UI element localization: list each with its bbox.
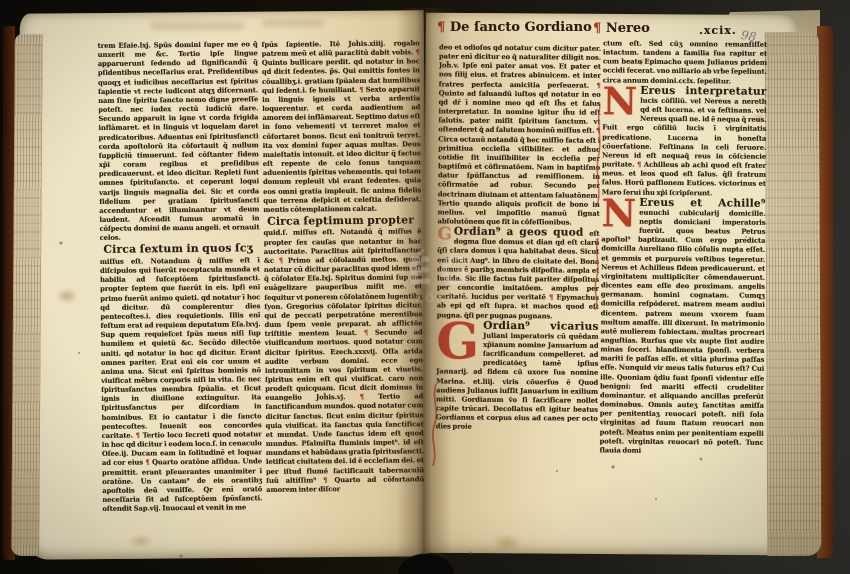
running-title-left: ¶ De ſancto Gordiano [437, 20, 592, 35]
lombardic-initial: N [602, 86, 637, 116]
right-page-column-1: deo et odioſos qd notatur cum dicitur pa… [435, 43, 601, 510]
pilcrow-mark: ¶ [596, 81, 600, 89]
printed-folio-number: .xcix. [699, 24, 737, 37]
ink-specks [0, 0, 2, 2]
left-page-column-1: trem Eſaie.lxj. Spūs domini ſuper me eo … [98, 40, 263, 520]
running-title-right-text: Nereo [606, 21, 650, 36]
pilcrow-mark: ¶ [279, 257, 283, 265]
paragraph-incipit: Ordian⁹ a geos quod [454, 226, 590, 239]
pilcrow-mark: ¶ [637, 161, 641, 169]
running-title-left-text: De ſancto Gordiano [450, 20, 592, 35]
pilcrow-mark: ¶ [549, 293, 553, 301]
section-heading: ¶ Circa ſeptimum propter [263, 214, 421, 228]
rubricated-paragraph: GOrdian⁹ a geos quod eſt dogma ſiue domu… [437, 226, 600, 321]
pencil-folio-number: 98 [740, 28, 757, 44]
right-page-column-2: ctum eſt. Sed cūʒ omnino remanſiſſet int… [599, 39, 767, 510]
fore-edge-left-stack [11, 34, 43, 556]
pilcrow-mark: ¶ [437, 20, 445, 35]
body-text: deo et odioſos qd notatur cum dicitur pa… [437, 43, 601, 228]
rubricated-paragraph: NEreus interpretatur lucis cōſiliū. vel … [602, 85, 767, 198]
book-photograph: ¶ De ſancto Gordiano ¶ Nereo .xcix. 98 t… [0, 0, 850, 574]
paragraph-incipit: Ordian⁹ vicarius [483, 319, 598, 332]
body-text: ſpūs ſapientie. Itē Joh̄is.xiiij. rogabo… [261, 39, 421, 215]
pilcrow-mark: ¶ [364, 329, 368, 337]
body-text: ctum eſt. Sed cūʒ omnino remanſiſſet int… [603, 39, 767, 86]
lombardic-initial: G [437, 227, 452, 241]
paragraph-incipit: Ereus interpretatur [640, 84, 766, 97]
left-page-column-2: ſpūs ſapientie. Itē Joh̄is.xiiij. rogabo… [261, 39, 424, 521]
pilcrow-mark: ¶ [360, 393, 364, 401]
body-text: miſſus eſt. Notandum q̄ miſſus eſt ī diſ… [100, 256, 263, 514]
rubricated-paragraph: GOrdian⁹ vicarius Juliani imperatoris cū… [436, 320, 599, 433]
pilcrow-mark: ¶ [593, 21, 601, 36]
body-text: trem Eſaie.lxj. Spūs domini ſuper me eo … [98, 40, 260, 243]
rubricated-paragraph: NEreus et Achille⁹ eunuchi cubicularij d… [599, 197, 765, 457]
section-heading: ¶ Circa ſextum in quos ſcʒ [100, 243, 260, 257]
lombardic-initial: G [436, 322, 479, 360]
pilcrow-mark: ¶ [415, 48, 419, 56]
pilcrow-mark: ¶ [100, 245, 104, 256]
pilcrow-mark: ¶ [596, 127, 600, 135]
paragraph-incipit: Ereus et Achille⁹ [639, 196, 765, 209]
pilcrow-mark: ¶ [136, 431, 140, 439]
pilcrow-mark: ¶ [359, 86, 363, 94]
lombardic-initial: N [601, 198, 636, 228]
pilcrow-mark: ¶ [323, 476, 327, 484]
running-title-right: ¶ Nereo [593, 21, 650, 36]
body-text: quid.ſ. miſſus eſt. Notandū q̄ miſſus ē … [263, 228, 424, 495]
pilcrow-mark: ¶ [263, 217, 267, 228]
pilcrow-mark: ¶ [145, 459, 149, 467]
fore-edge-right-stack [765, 32, 822, 556]
